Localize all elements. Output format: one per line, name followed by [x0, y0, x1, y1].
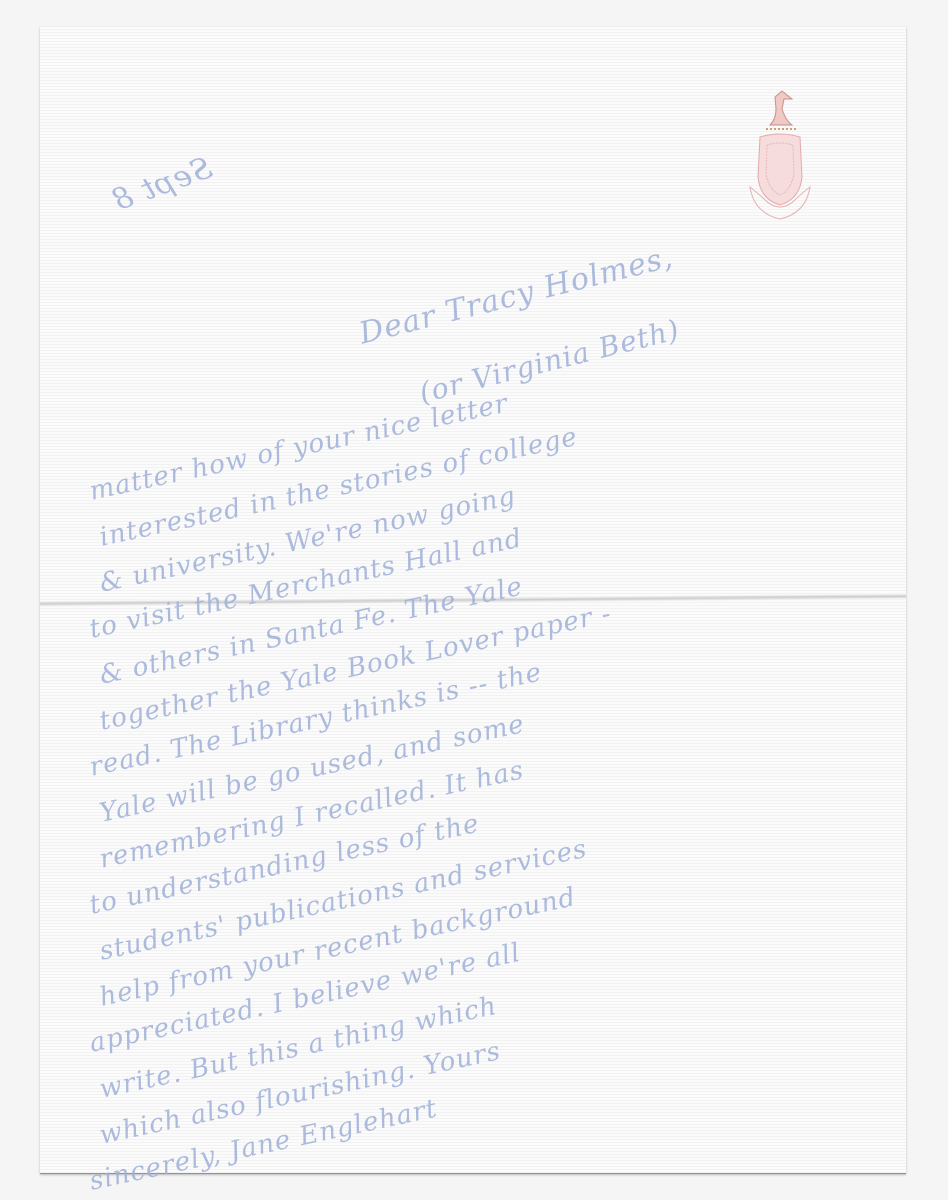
crest-icon — [740, 87, 820, 227]
letter-paper: Sept 8 Dear Tracy Holmes, (or Virginia B… — [40, 27, 906, 1174]
letter-date: Sept 8 — [107, 150, 217, 219]
